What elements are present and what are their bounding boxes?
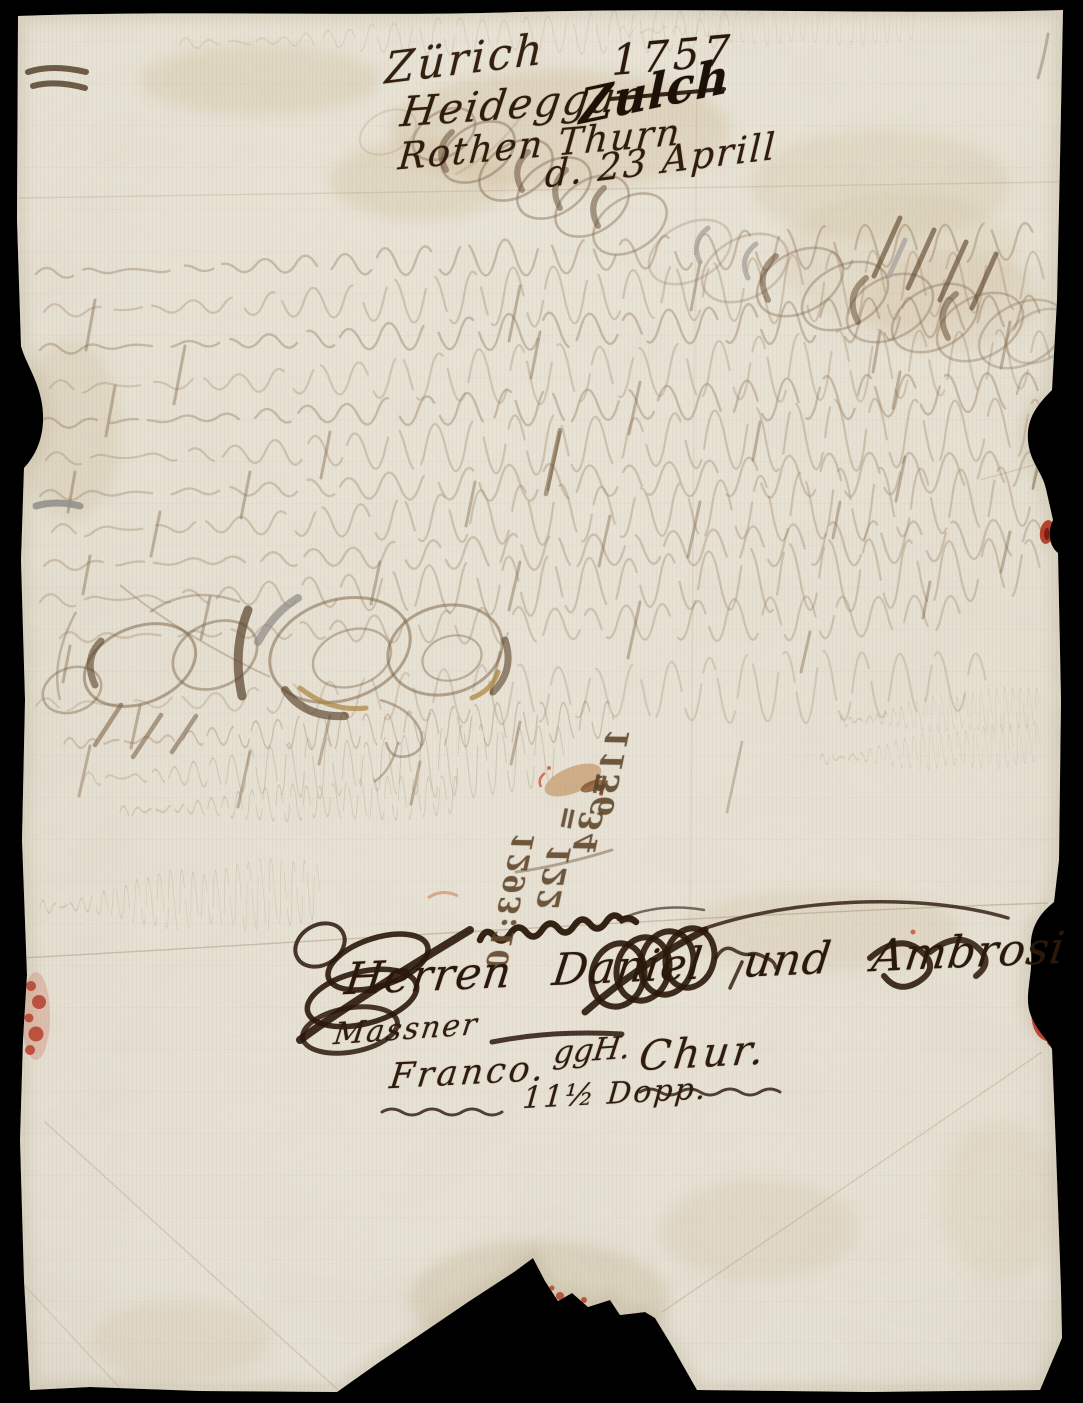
sender-initials: ggH. — [552, 1033, 633, 1070]
scanned-letter-photo: Zürich 1757 Heideggar Zulch Rothen Thurn… — [0, 0, 1083, 1403]
destination-city: Chur. — [637, 1029, 769, 1077]
letter-paper — [0, 0, 1083, 1403]
